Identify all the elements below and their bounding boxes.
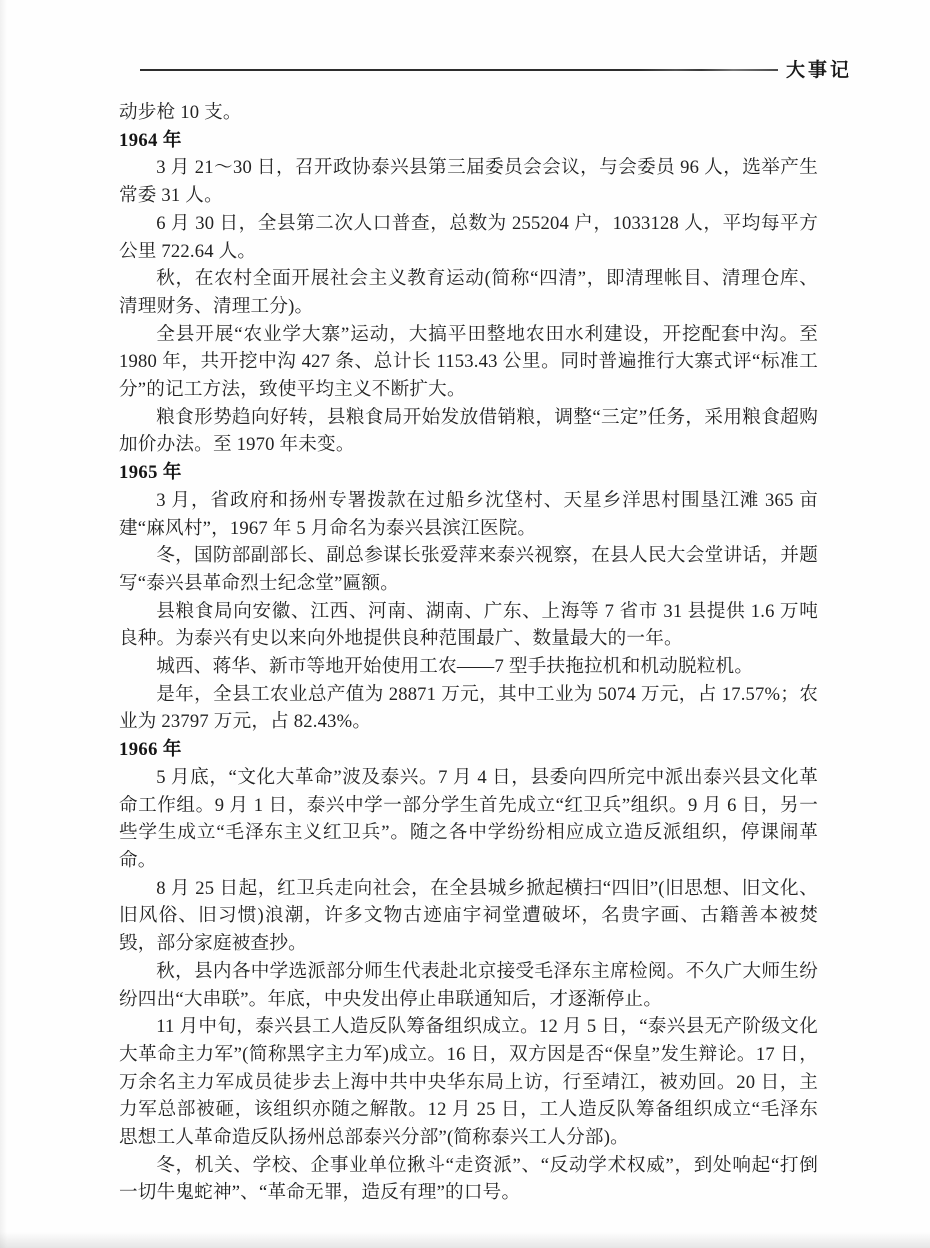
event-paragraph: 秋，在农村全面开展社会主义教育运动(简称“四清”，即清理帐目、清理仓库、清理财务… — [119, 265, 818, 320]
event-paragraph: 3 月，省政府和扬州专署拨款在过船乡沈垡村、天星乡洋思村围垦江滩 365 亩建“… — [119, 487, 818, 542]
event-paragraph: 3 月 21～30 日，召开政协泰兴县第三届委员会会议，与会委员 96 人，选举… — [119, 154, 818, 209]
event-paragraph: 县粮食局向安徽、江西、河南、湖南、广东、上海等 7 省市 31 县提供 1.6 … — [119, 598, 818, 653]
header-rule-line — [140, 69, 778, 71]
event-paragraph: 冬，国防部副部长、副总参谋长张爱萍来泰兴视察，在县人民大会堂讲话，并题写“泰兴县… — [119, 542, 818, 597]
event-paragraph: 是年，全县工农业总产值为 28871 万元，其中工业为 5074 万元，占 17… — [119, 681, 818, 736]
book-page: 大事记 动步枪 10 支。 1964 年 3 月 21～30 日，召开政协泰兴县… — [0, 0, 930, 1248]
event-paragraph: 冬，机关、学校、企事业单位揪斗“走资派”、“反动学术权威”，到处响起“打倒一切牛… — [119, 1152, 818, 1207]
year-heading-1964: 1964 年 — [119, 127, 818, 155]
scan-edge-shade-bottom — [0, 1232, 930, 1248]
event-paragraph: 全县开展“农业学大寨”运动，大搞平田整地农田水利建设，开挖配套中沟。至 1980… — [119, 321, 818, 404]
event-paragraph: 城西、蒋华、新市等地开始使用工农——7 型手扶拖拉机和机动脱粒机。 — [119, 653, 818, 681]
year-heading-1966: 1966 年 — [119, 736, 818, 764]
event-paragraph: 6 月 30 日，全县第二次人口普查，总数为 255204 户，1033128 … — [119, 210, 818, 265]
scan-edge-shade-left — [0, 0, 7, 1248]
year-heading-1965: 1965 年 — [119, 459, 818, 487]
event-paragraph: 秋，县内各中学选派部分师生代表赴北京接受毛泽东主席检阅。不久广大师生纷纷四出“大… — [119, 958, 818, 1013]
continuation-line: 动步枪 10 支。 — [119, 99, 818, 127]
running-head: 大事记 — [0, 56, 930, 86]
event-paragraph: 5 月底，“文化大革命”波及泰兴。7 月 4 日，县委向四所完中派出泰兴县文化革… — [119, 764, 818, 875]
page-header-title: 大事记 — [786, 56, 852, 86]
event-paragraph: 11 月中旬，泰兴县工人造反队筹备组织成立。12 月 5 日，“泰兴县无产阶级文… — [119, 1013, 818, 1152]
event-paragraph: 8 月 25 日起，红卫兵走向社会，在全县城乡掀起横扫“四旧”(旧思想、旧文化、… — [119, 875, 818, 958]
event-paragraph: 粮食形势趋向好转，县粮食局开始发放借销粮，调整“三定”任务，采用粮食超购加价办法… — [119, 404, 818, 459]
text-column: 动步枪 10 支。 1964 年 3 月 21～30 日，召开政协泰兴县第三届委… — [119, 99, 818, 1207]
